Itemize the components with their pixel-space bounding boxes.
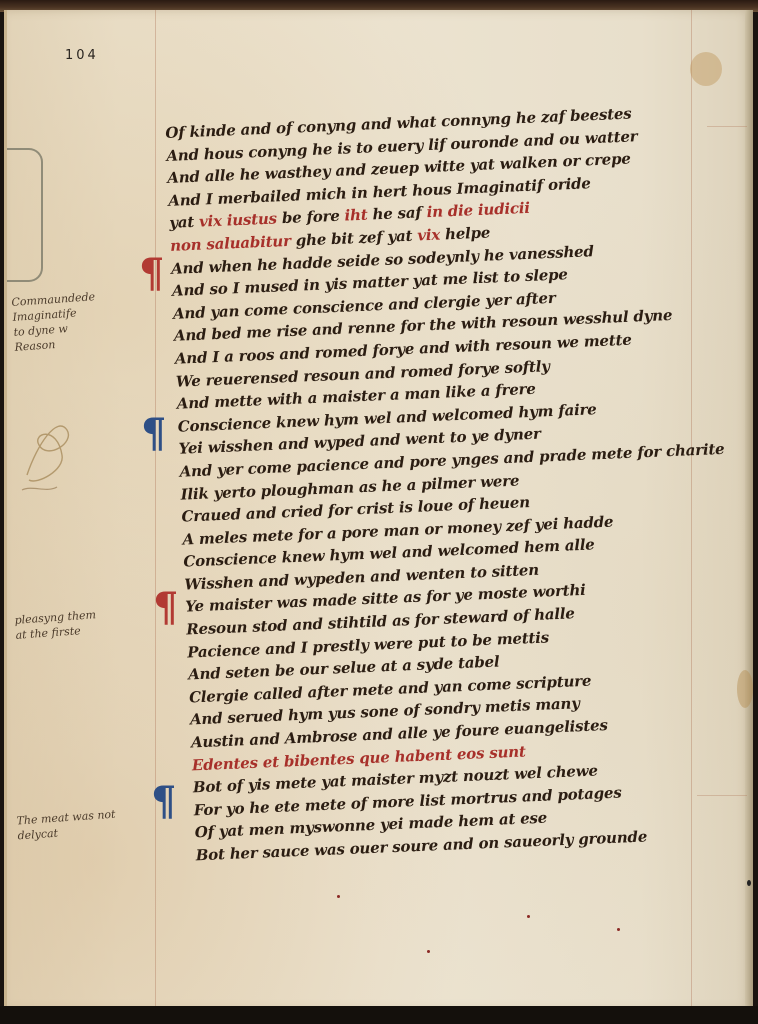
- rubric-segment: iht: [344, 206, 373, 225]
- folio-number: 104: [65, 48, 99, 63]
- manuscript-folio: 104 Of kinde and of conyng and what conn…: [4, 10, 753, 1010]
- speck: [617, 928, 620, 931]
- pilcrow-blue-icon: ¶: [151, 782, 176, 822]
- ruling-line-left: [155, 10, 156, 1010]
- rubric-segment: non saluabitur: [170, 232, 296, 255]
- pilcrow-blue-icon: ¶: [141, 414, 166, 454]
- pilcrow-red-icon: ¶: [153, 588, 178, 628]
- book-binding-bottom: [0, 1006, 758, 1024]
- marginal-note-3: The meat was not delycat: [16, 807, 117, 844]
- marginal-note-1: Commaundede Imaginatife to dyne w Reason: [11, 289, 99, 355]
- text-segment: yat: [169, 213, 200, 232]
- speck: [337, 895, 340, 898]
- speck: [427, 950, 430, 953]
- rubric-segment: in die iudicii: [426, 199, 530, 221]
- water-stain: [690, 52, 722, 86]
- text-segment: he saf: [372, 204, 427, 224]
- marginal-note-2: pleasyng them at the firste: [14, 607, 97, 643]
- pilcrow-red-icon: ¶: [139, 254, 164, 294]
- text-segment: be fore: [282, 207, 345, 228]
- main-text-block: Of kinde and of conyng and what connyng …: [165, 97, 758, 867]
- flourish-doodle-icon: [17, 405, 77, 495]
- speck: [527, 915, 530, 918]
- clasp-impression: [7, 148, 43, 282]
- speck: [747, 880, 751, 886]
- rubric-segment: vix: [417, 225, 446, 244]
- text-segment: helpe: [445, 223, 491, 243]
- text-segment: ghe bit zef yat: [295, 227, 417, 250]
- rubric-segment: vix iustus: [199, 210, 283, 231]
